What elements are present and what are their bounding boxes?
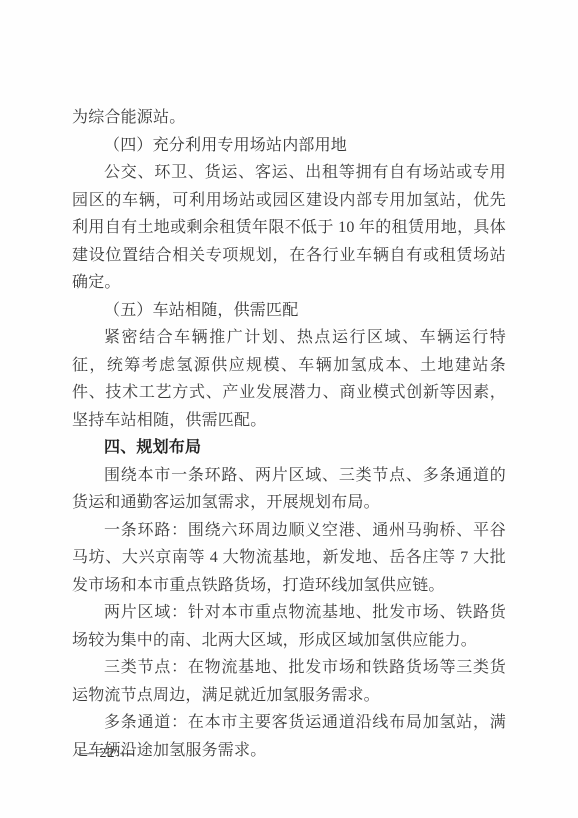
section-heading-planning-layout: 四、规划布局: [72, 434, 506, 462]
subheading-item-five: （五）车站相随，供需匹配: [72, 297, 506, 325]
paragraph-one-ring-road: 一条环路：围绕六环周边顺义空港、通州马驹桥、平谷马坊、大兴京南等 4 大物流基地…: [72, 517, 506, 600]
paragraph-item-four-body: 公交、环卫、货运、客运、出租等拥有自有场站或专用园区的车辆，可利用场站或园区建设…: [72, 159, 506, 297]
document-page: 为综合能源站。 （四）充分利用专用场站内部用地 公交、环卫、货运、客运、出租等拥…: [0, 0, 578, 818]
paragraph-item-five-body: 紧密结合车辆推广计划、热点运行区域、车辆运行特征，统筹考虑氢源供应规模、车辆加氢…: [72, 324, 506, 434]
paragraph-intro-continuation: 为综合能源站。: [72, 104, 506, 132]
document-body: 为综合能源站。 （四）充分利用专用场站内部用地 公交、环卫、货运、客运、出租等拥…: [72, 104, 506, 764]
paragraph-two-areas: 两片区域：针对本市重点物流基地、批发市场、铁路货场较为集中的南、北两大区域，形成…: [72, 599, 506, 654]
paragraph-planning-overview: 围绕本市一条环路、两片区域、三类节点、多条通道的货运和通勤客运加氢需求，开展规划…: [72, 462, 506, 517]
subheading-item-four: （四）充分利用专用场站内部用地: [72, 132, 506, 160]
paragraph-multiple-corridors: 多条通道：在本市主要客货运通道沿线布局加氢站，满足车辆沿途加氢服务需求。: [72, 709, 506, 764]
paragraph-three-nodes: 三类节点：在物流基地、批发市场和铁路货场等三类货运物流节点周边，满足就近加氢服务…: [72, 654, 506, 709]
page-number: — 22 —: [80, 746, 135, 762]
